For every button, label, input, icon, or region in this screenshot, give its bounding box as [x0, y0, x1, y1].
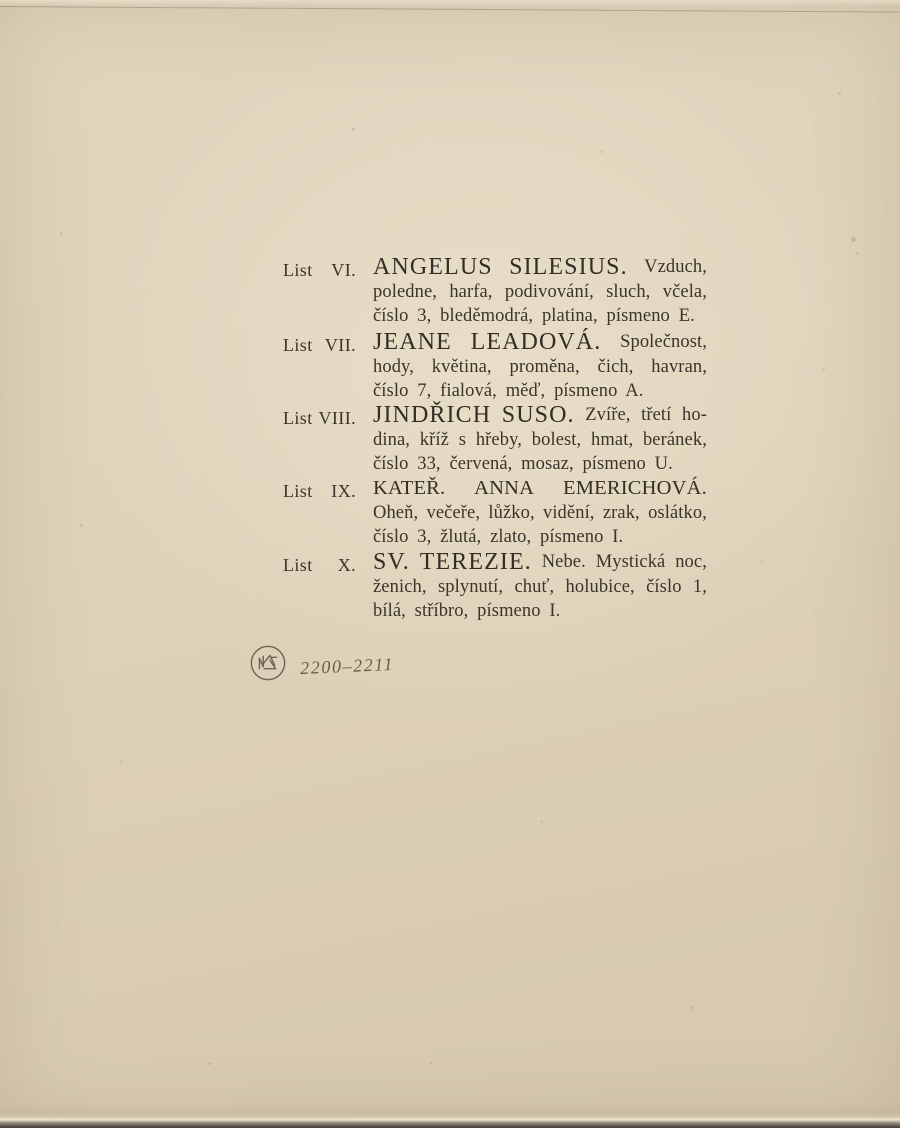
- entry-text-line: ženich,splynutí,chuť,holubice,číslo1,: [373, 575, 707, 600]
- entry-word: hmat,: [591, 428, 633, 453]
- entry-word: podivování,: [505, 280, 594, 305]
- entry-word: sluch,: [606, 280, 650, 305]
- entry-label-word: List: [283, 258, 313, 283]
- entry-title-word: JEANE: [373, 330, 452, 355]
- entry-word: zrak,: [603, 501, 640, 526]
- entry-word: lůžko,: [488, 501, 534, 526]
- page-bottom-edge: [0, 1102, 900, 1128]
- entry-numeral: IX.: [331, 479, 356, 504]
- entry-word: vidění,: [543, 501, 595, 526]
- entry-word: holubice,: [566, 575, 635, 600]
- entry-label: ListVIII.: [283, 403, 356, 477]
- entry-word: hody,: [373, 355, 414, 380]
- entry-text: JINDŘICHSUSO.Zvíře,třetího-dina,křížshře…: [373, 403, 707, 477]
- entry-word: ho-: [682, 403, 707, 428]
- entry-word: s: [459, 428, 466, 453]
- entry-text: JEANELEADOVÁ.Společnost,hody,květina,pro…: [373, 330, 707, 404]
- entry-title-word: SUSO.: [502, 403, 575, 428]
- entry-numeral: VI.: [331, 258, 356, 283]
- plate-entry: ListVII.JEANELEADOVÁ.Společnost,hody,kvě…: [283, 330, 707, 404]
- entry-title-word: SILESIUS.: [509, 255, 628, 280]
- entry-text-line: číslo 3, žlutá, zlato, písmeno I.: [373, 525, 707, 550]
- entry-word: Oheň,: [373, 501, 418, 526]
- entry-label-word: List: [283, 333, 313, 358]
- entry-title-word: TEREZIE.: [420, 550, 532, 575]
- collector-monogram-stamp-icon: [249, 644, 287, 682]
- entry-label: ListIX.: [283, 476, 356, 550]
- scanned-page: ListVI.ANGELUSSILESIUS.Vzduch,poledne,ha…: [0, 0, 900, 1128]
- entry-text-line: číslo 7, fialová, měď, písmeno A.: [373, 379, 707, 404]
- entry-word: Mystická: [596, 550, 666, 575]
- entry-text-line: SV.TEREZIE.Nebe.Mystickánoc,: [373, 550, 707, 575]
- entry-title-word: SV.: [373, 550, 410, 575]
- entry-text-line: ANGELUSSILESIUS.Vzduch,: [373, 255, 707, 280]
- entry-word: oslátko,: [648, 501, 707, 526]
- entry-label: ListX.: [283, 550, 356, 624]
- entry-word: květina,: [432, 355, 492, 380]
- plate-entry: ListVIII.JINDŘICHSUSO.Zvíře,třetího-dina…: [283, 403, 707, 477]
- plate-entry: ListIX.KATEŘ.ANNAEMERICHOVÁ.Oheň,večeře,…: [283, 476, 707, 550]
- entry-label-word: List: [283, 553, 313, 578]
- entry-text-line: bílá, stříbro, písmeno I.: [373, 599, 707, 624]
- entry-text-line: JEANELEADOVÁ.Společnost,: [373, 330, 707, 355]
- entry-word: večeře,: [426, 501, 480, 526]
- entry-word: číslo: [646, 575, 681, 600]
- handwritten-inscription: 2200–2211: [300, 653, 395, 678]
- entry-word: Společnost,: [620, 330, 707, 355]
- plate-entry: ListVI.ANGELUSSILESIUS.Vzduch,poledne,ha…: [283, 255, 707, 329]
- entry-word: dina,: [373, 428, 410, 453]
- entry-title-word: KATEŘ.: [373, 476, 445, 501]
- entry-text-line: Oheň,večeře,lůžko,vidění,zrak,oslátko,: [373, 501, 707, 526]
- entry-title-word: JINDŘICH: [373, 403, 491, 428]
- entry-numeral: VII.: [325, 333, 356, 358]
- entry-text-line: číslo 3, bleděmodrá, platina, písmeno E.: [373, 304, 707, 329]
- entry-text: ANGELUSSILESIUS.Vzduch,poledne,harfa,pod…: [373, 255, 707, 329]
- entry-word: proměna,: [510, 355, 580, 380]
- provenance-area: 2200–2211: [249, 644, 394, 682]
- entry-label: ListVI.: [283, 255, 356, 329]
- entry-word: chuť,: [514, 575, 554, 600]
- plate-entry: ListX.SV.TEREZIE.Nebe.Mystickánoc,ženich…: [283, 550, 707, 624]
- entry-word: ženich,: [373, 575, 427, 600]
- entry-text-line: číslo 33, červená, mosaz, písmeno U.: [373, 452, 707, 477]
- entry-text-line: poledne,harfa,podivování,sluch,včela,: [373, 280, 707, 305]
- entry-label-word: List: [283, 479, 313, 504]
- entry-word: Nebe.: [542, 550, 586, 575]
- entry-word: včela,: [663, 280, 707, 305]
- entry-label-word: List: [283, 406, 313, 431]
- entry-text-line: KATEŘ.ANNAEMERICHOVÁ.: [373, 476, 707, 501]
- entry-word: splynutí,: [438, 575, 503, 600]
- entry-word: čich,: [598, 355, 634, 380]
- entry-text-line: hody,květina,proměna,čich,havran,: [373, 355, 707, 380]
- entry-word: Vzduch,: [644, 255, 707, 280]
- entry-text-line: JINDŘICHSUSO.Zvíře,třetího-: [373, 403, 707, 428]
- entry-label: ListVII.: [283, 330, 356, 404]
- entry-word: hřeby,: [476, 428, 522, 453]
- entry-title-word: EMERICHOVÁ.: [563, 476, 707, 501]
- entry-numeral: VIII.: [319, 406, 356, 431]
- entry-title-word: ANGELUS: [373, 255, 493, 280]
- entry-word: bolest,: [532, 428, 582, 453]
- entry-word: beránek,: [643, 428, 707, 453]
- entry-text: KATEŘ.ANNAEMERICHOVÁ.Oheň,večeře,lůžko,v…: [373, 476, 707, 550]
- entry-word: Zvíře,: [585, 403, 630, 428]
- entry-title-word: LEADOVÁ.: [471, 330, 602, 355]
- plate-list: ListVI.ANGELUSSILESIUS.Vzduch,poledne,ha…: [0, 0, 900, 1128]
- entry-word: harfa,: [449, 280, 492, 305]
- entry-word: havran,: [651, 355, 707, 380]
- entry-word: třetí: [641, 403, 671, 428]
- entry-word: poledne,: [373, 280, 437, 305]
- entry-text-line: dina,křížshřeby,bolest,hmat,beránek,: [373, 428, 707, 453]
- entry-text: SV.TEREZIE.Nebe.Mystickánoc,ženich,splyn…: [373, 550, 707, 624]
- entry-title-word: ANNA: [474, 476, 534, 501]
- entry-word: 1,: [693, 575, 707, 600]
- entry-word: noc,: [675, 550, 707, 575]
- entry-word: kříž: [420, 428, 449, 453]
- entry-numeral: X.: [338, 553, 356, 578]
